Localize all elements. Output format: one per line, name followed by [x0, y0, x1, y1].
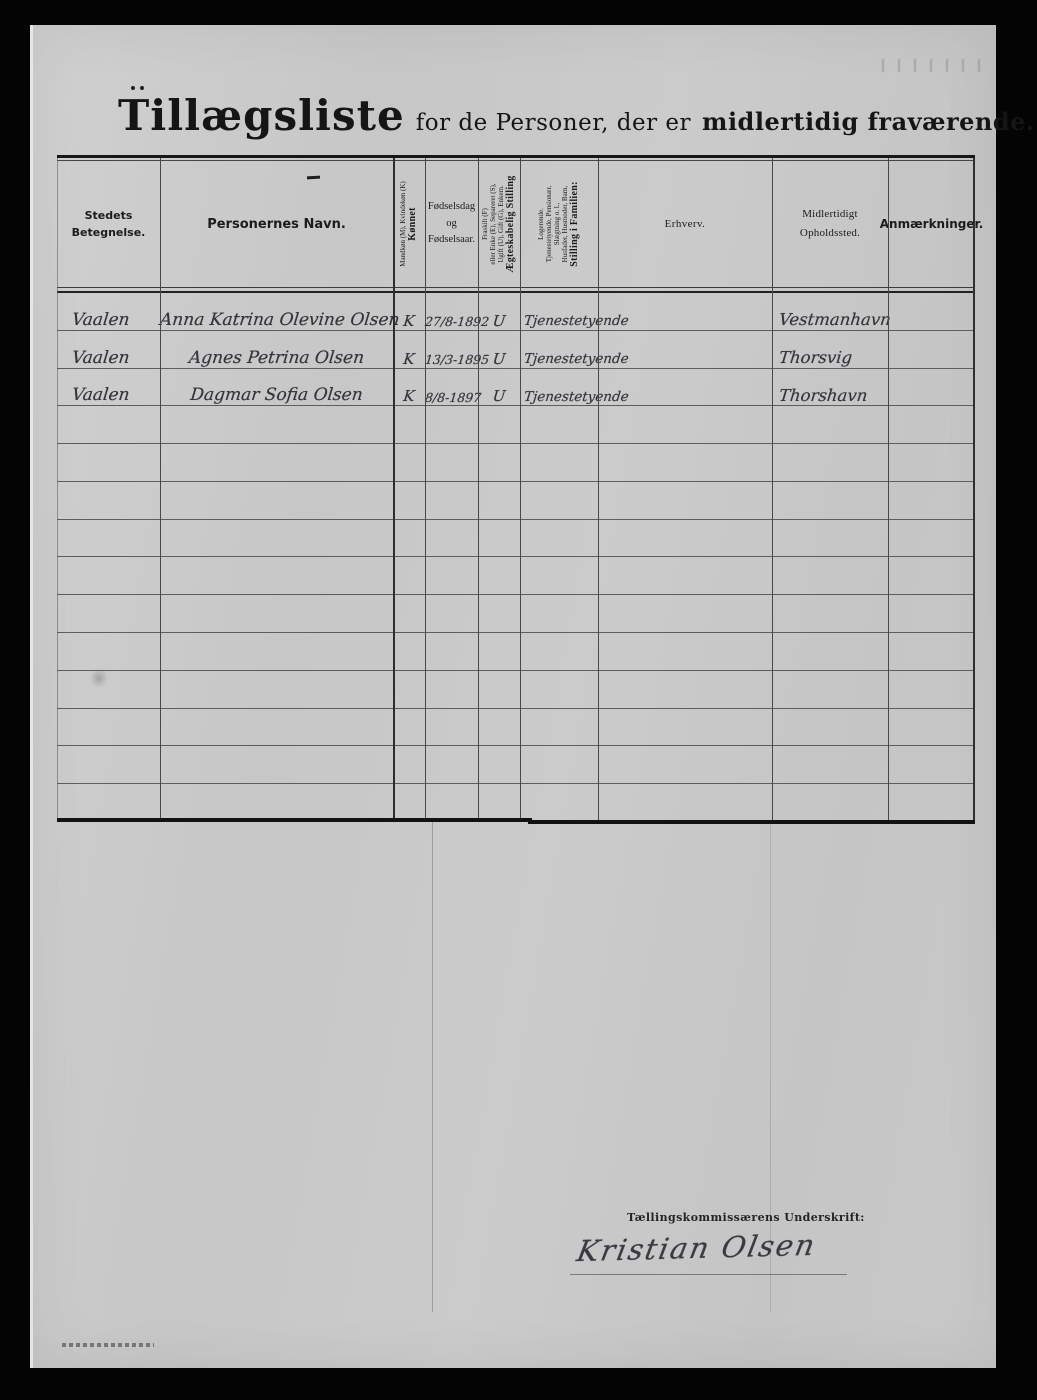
- cell-name: Anna Katrina Olevine Olsen: [159, 312, 394, 329]
- header-place: Stedets Betegnelse.: [57, 161, 160, 287]
- cell-temporary-residence: Thorsvig: [771, 350, 889, 367]
- persons-table: Stedets Betegnelse. Personernes Navn. Ma…: [57, 155, 975, 822]
- faint-vline-artifact: [432, 822, 433, 1312]
- signature-label: Tællingskommissærens Underskrift:: [627, 1211, 865, 1224]
- header-sex: Mandkøn (M), Kvindekøn (K) Kønnet: [393, 161, 425, 287]
- header-marital-sub1: Ugift (U), Gift (G), Enkem.: [497, 175, 505, 272]
- cell-family-position: Tjenestetyende: [519, 315, 598, 329]
- header-family-sub1: Husfader, Husmoder, Barn,: [561, 181, 569, 266]
- cell-marital: U: [477, 389, 521, 404]
- header-residence-line1: Midlertidigt: [800, 205, 860, 224]
- form-title: Tillægsliste for de Personer, der er mid…: [118, 91, 1035, 140]
- cell-marital: U: [477, 352, 521, 367]
- header-name: Personernes Navn.: [160, 161, 393, 287]
- cell-birth: 27/8-1892: [424, 316, 478, 329]
- scan-smudge-top-right: [882, 59, 994, 72]
- header-marital-sub2: eller Enke (E), Separeret (S),: [489, 175, 497, 272]
- cell-sex: K: [392, 389, 426, 404]
- table-row-1: Vaalen Anna Katrina Olevine Olsen K 27/8…: [57, 293, 975, 331]
- grid-vline: [520, 158, 521, 821]
- header-marital: Fraskilt (F) eller Enke (E), Separeret (…: [478, 161, 520, 287]
- cell-temporary-residence: Thorshavn: [771, 388, 889, 405]
- header-bottom-rule-thin: [57, 287, 975, 288]
- form-title-subtitle-bold: midlertidig fraværende.: [702, 107, 1035, 136]
- cell-birth: 13/3-1895: [424, 354, 478, 367]
- cell-sex: K: [392, 352, 426, 367]
- cell-place: Vaalen: [56, 387, 161, 404]
- grid-vline: [478, 158, 479, 821]
- header-place-line1: Stedets: [72, 207, 146, 224]
- cell-place: Vaalen: [56, 350, 161, 367]
- cell-family-position: Tjenestetyende: [519, 391, 598, 405]
- grid-vline: [888, 158, 889, 821]
- cell-birth: 8/8-1897: [424, 392, 478, 405]
- header-occupation: Erhverv.: [598, 161, 772, 287]
- table-row-empty: [57, 520, 975, 558]
- table-top-rule-thick: [57, 155, 975, 158]
- grid-vline: [973, 158, 975, 821]
- grid-vline: [393, 158, 395, 821]
- header-sex-main: Kønnet: [407, 181, 419, 267]
- header-place-line2: Betegnelse.: [72, 224, 146, 241]
- table-bottom-rule-right: [528, 820, 975, 824]
- form-title-subtitle: for de Personer, der er: [416, 110, 691, 136]
- scan-background: Tillægsliste for de Personer, der er mid…: [0, 0, 1037, 1400]
- header-family-sub4: Logerende.: [537, 181, 545, 266]
- table-row-empty: [57, 746, 975, 784]
- cell-sex: K: [392, 314, 426, 329]
- header-marital-vertical-text: Fraskilt (F) eller Enke (E), Separeret (…: [481, 175, 517, 272]
- header-remarks-label: Anmærkninger.: [880, 217, 984, 231]
- header-birth-line3: Fødselsaar.: [428, 232, 475, 249]
- header-family-main: Stilling i Familien:: [569, 181, 581, 266]
- cell-marital: U: [477, 314, 521, 329]
- header-marital-sub3: Fraskilt (F): [481, 175, 489, 272]
- cell-name: Dagmar Sofia Olsen: [159, 387, 394, 404]
- table-row-empty: [57, 444, 975, 482]
- grid-vline: [57, 158, 58, 821]
- table-row-empty: [57, 406, 975, 444]
- table-row-empty: [57, 671, 975, 709]
- header-birth-line1: Fødselsdag: [428, 199, 475, 216]
- grid-vline: [598, 158, 599, 821]
- signature-line: [570, 1274, 847, 1275]
- cell-family-position: Tjenestetyende: [519, 353, 598, 367]
- header-birth-line2: og: [428, 216, 475, 233]
- census-form-page: Tillægsliste for de Personer, der er mid…: [30, 25, 996, 1368]
- header-sex-sub: Mandkøn (M), Kvindekøn (K): [399, 181, 407, 267]
- cell-name: Agnes Petrina Olsen: [159, 350, 394, 367]
- table-bottom-rule-left: [57, 818, 532, 822]
- header-family-sub2: Slægtning o. l.,: [553, 181, 561, 266]
- table-row-empty: [57, 633, 975, 671]
- grid-vline: [160, 158, 161, 821]
- table-row-empty: [57, 709, 975, 747]
- header-marital-main: Ægteskabelig Stilling: [505, 175, 517, 272]
- table-row-empty: [57, 595, 975, 633]
- cell-temporary-residence: Vestmanhavn: [771, 312, 889, 329]
- table-body: Vaalen Anna Katrina Olevine Olsen K 27/8…: [57, 293, 975, 821]
- table-header: Stedets Betegnelse. Personernes Navn. Ma…: [57, 161, 975, 287]
- form-title-main: Tillægsliste: [118, 91, 405, 140]
- printer-mark: [62, 1343, 154, 1347]
- header-remarks: Anmærkninger.: [888, 161, 975, 287]
- ink-speck-artifact: [131, 86, 135, 90]
- header-family-position: Logerende. Tjenestetyende, Pensionær, Sl…: [520, 161, 598, 287]
- grid-vline: [425, 158, 426, 821]
- table-row-2: Vaalen Agnes Petrina Olsen K 13/3-1895 U…: [57, 331, 975, 369]
- table-row-3: Vaalen Dagmar Sofia Olsen K 8/8-1897 U T…: [57, 369, 975, 407]
- table-row-empty: [57, 557, 975, 595]
- table-row-empty: [57, 482, 975, 520]
- grid-vline: [772, 158, 773, 821]
- table-row-empty: [57, 784, 975, 821]
- header-family-sub3: Tjenestetyende, Pensionær,: [545, 181, 553, 266]
- header-occupation-label: Erhverv.: [665, 218, 706, 230]
- header-temporary-residence: Midlertidigt Opholdssted.: [772, 161, 888, 287]
- header-birth: Fødselsdag og Fødselsaar.: [425, 161, 478, 287]
- cell-place: Vaalen: [56, 312, 161, 329]
- signature-handwritten-name: Kristian Olsen: [574, 1228, 819, 1268]
- header-residence-line2: Opholdssted.: [800, 224, 860, 243]
- header-family-position-vertical-text: Logerende. Tjenestetyende, Pensionær, Sl…: [537, 181, 581, 266]
- header-name-label: Personernes Navn.: [207, 217, 346, 232]
- header-sex-vertical-text: Mandkøn (M), Kvindekøn (K) Kønnet: [399, 181, 419, 267]
